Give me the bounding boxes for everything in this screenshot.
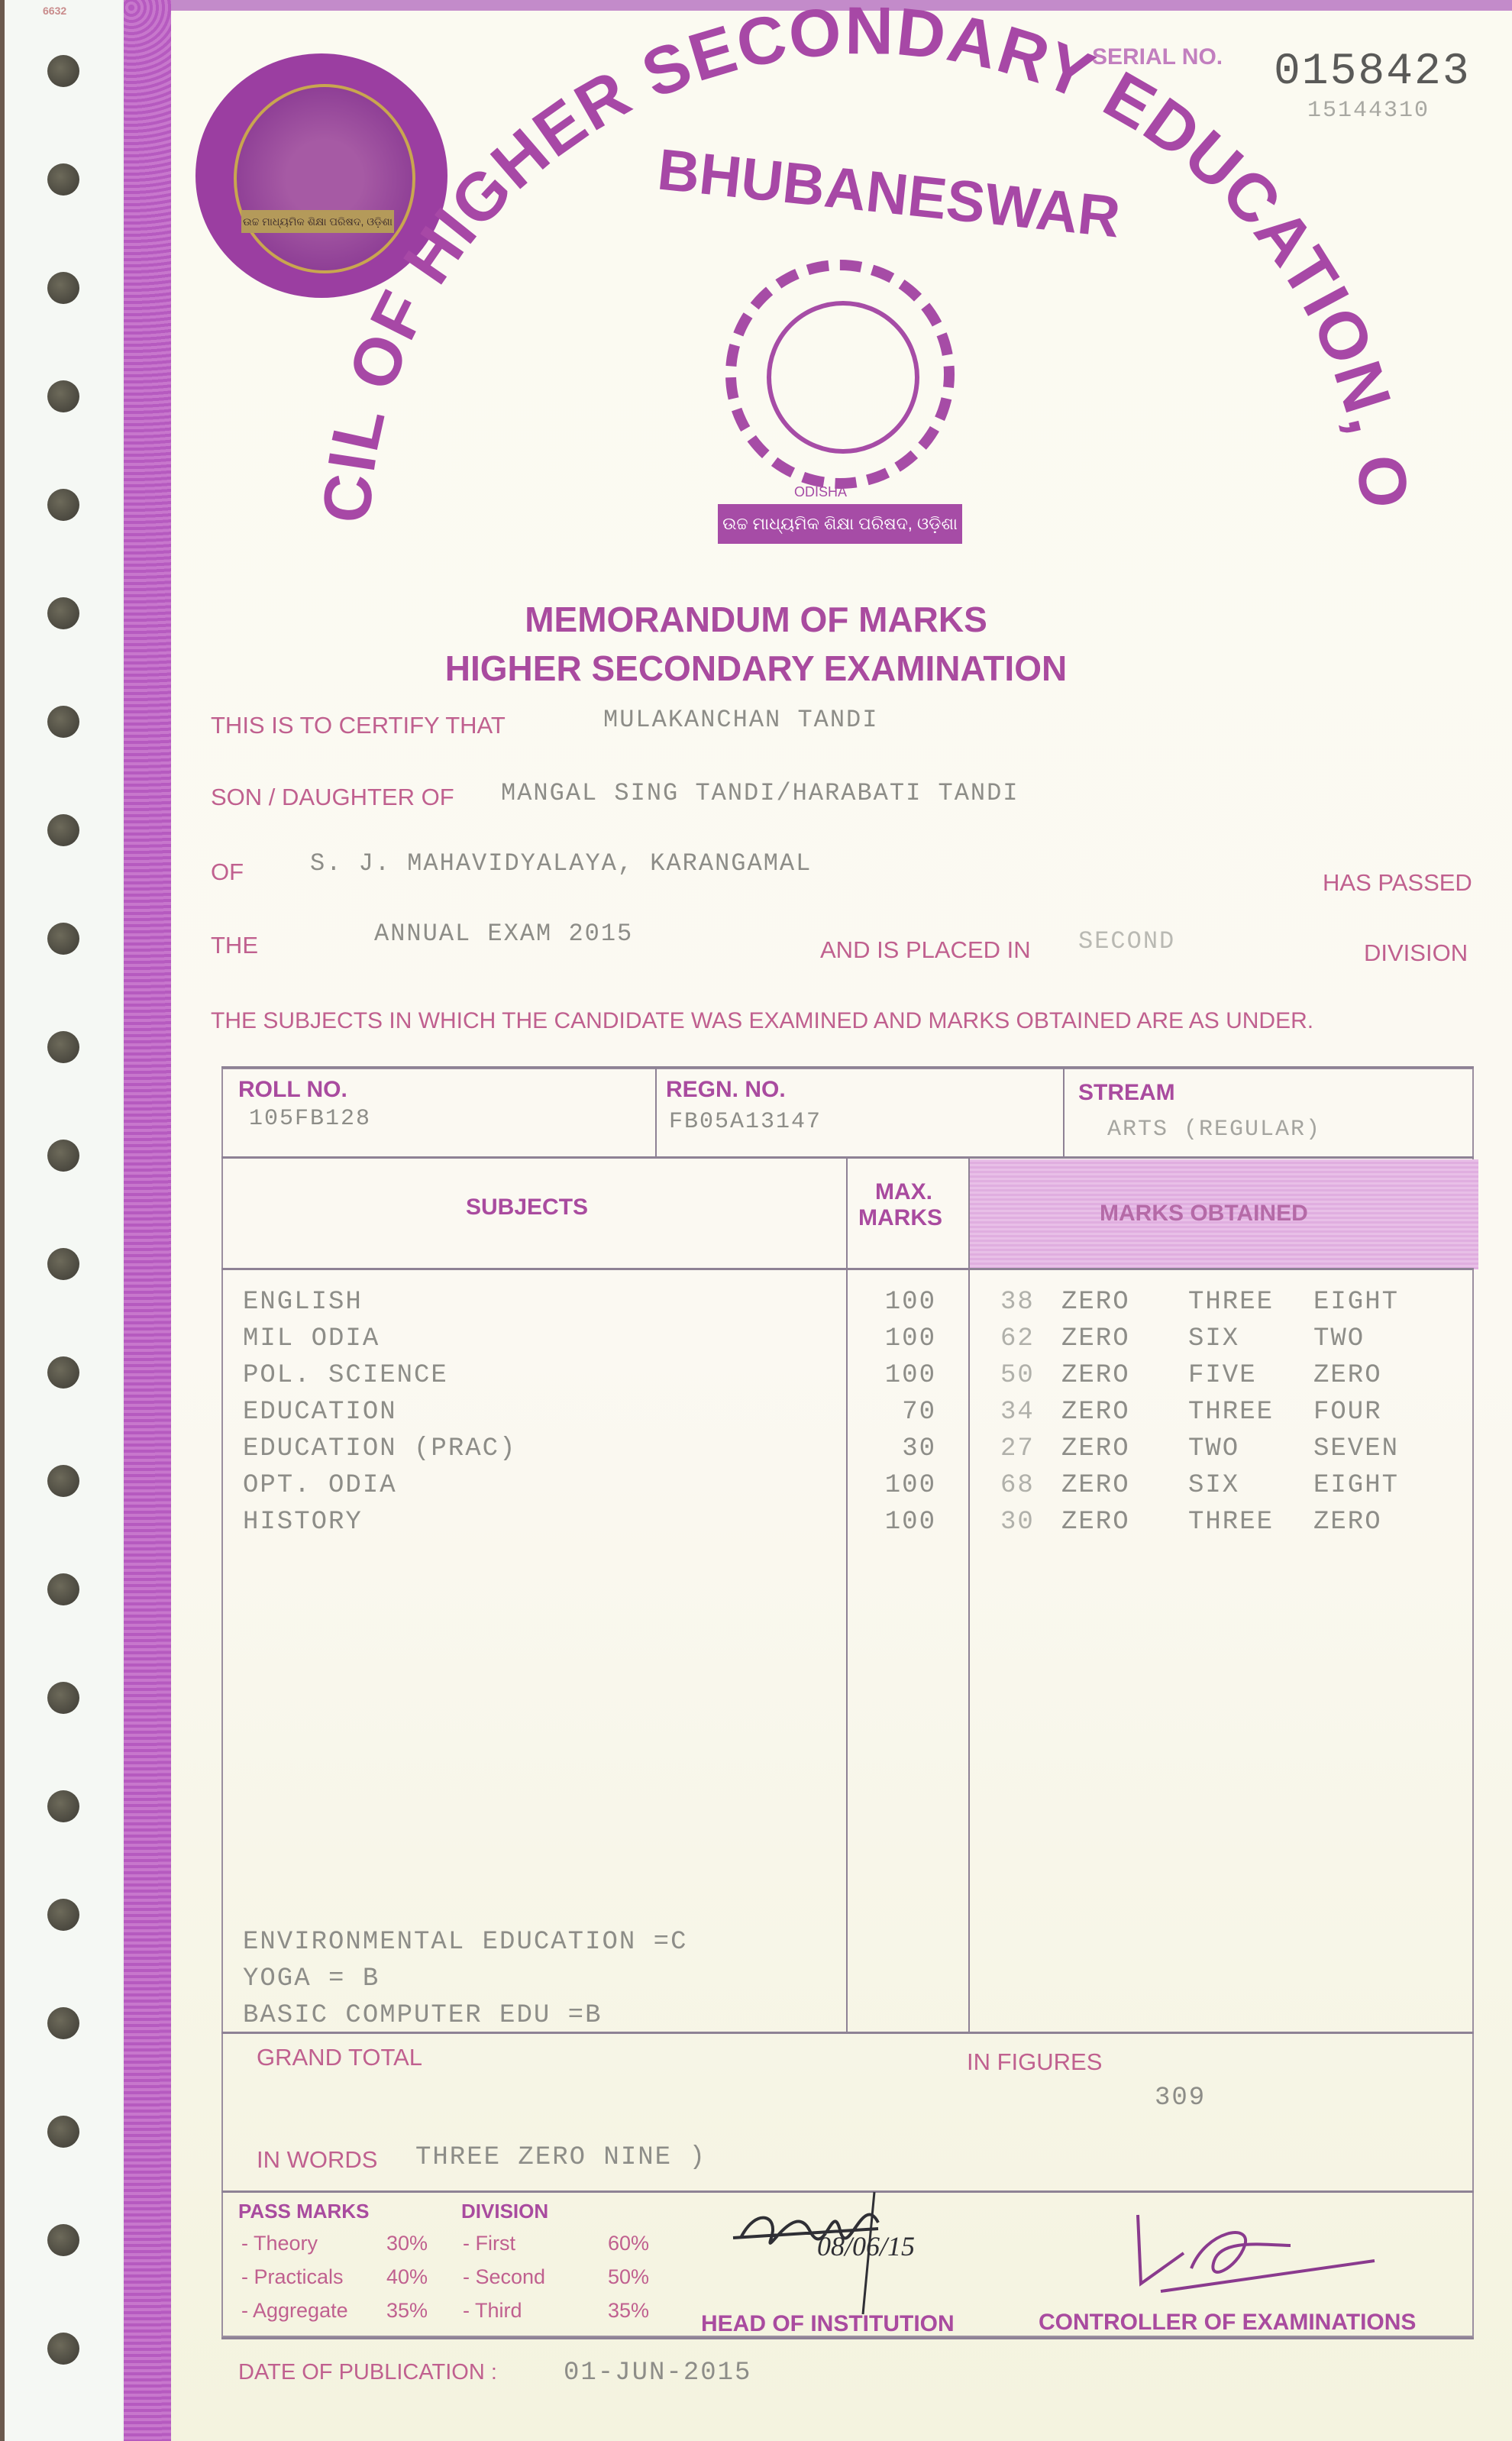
marks-obtained: 38 [1000,1288,1035,1317]
pass-mark-name: - Aggregate [241,2299,348,2323]
subject-name: OPT. ODIA [243,1471,397,1500]
max-marks: 70 [875,1398,936,1427]
division-name: - Second [463,2265,545,2289]
feed-hole [47,55,79,87]
table-rule [221,1268,1474,1270]
division-pct: 50% [608,2265,649,2289]
marks-word-1: ZERO [1061,1288,1130,1317]
marks-word-2: THREE [1188,1288,1274,1317]
table-rule [221,1156,1474,1159]
division-name: - First [463,2232,515,2255]
pass-mark-pct: 35% [386,2299,428,2323]
council-seal-center [725,260,955,489]
feed-hole [47,272,79,304]
max-marks: 100 [875,1324,936,1353]
feed-hole [47,2007,79,2039]
serial-number: 0158423 [1274,47,1471,97]
feed-hole [47,380,79,412]
feed-hole [47,163,79,196]
marks-obtained: 27 [1000,1434,1035,1463]
marks-word-1: ZERO [1061,1471,1130,1500]
pass-mark-pct: 40% [386,2265,428,2289]
subject-name: HISTORY [243,1508,363,1537]
head-of-institution-label: HEAD OF INSTITUTION [701,2311,955,2337]
subject-name: POL. SCIENCE [243,1361,448,1390]
marks-obtained: 68 [1000,1471,1035,1500]
division-value: SECOND [1078,927,1175,955]
max-marks: 100 [875,1508,936,1537]
subjects-intro: THE SUBJECTS IN WHICH THE CANDIDATE WAS … [211,1008,1313,1034]
memo-title: MEMORANDUM OF MARKS [0,599,1512,640]
marks-word-2: FIVE [1188,1361,1257,1390]
marks-obtained: 50 [1000,1361,1035,1390]
feed-hole [47,706,79,738]
feed-hole [47,1031,79,1063]
feed-hole [47,1356,79,1389]
parent-label: SON / DAUGHTER OF [211,784,454,811]
certify-label: THIS IS TO CERTIFY THAT [211,712,506,739]
grade-row: BASIC COMPUTER EDU =B [243,2001,602,2030]
marks-word-2: TWO [1188,1434,1239,1463]
pass-mark-name: - Theory [241,2232,318,2255]
parent-names: MANGAL SING TANDI/HARABATI TANDI [501,779,1019,807]
subjects-header: SUBJECTS [466,1195,588,1220]
marks-word-1: ZERO [1061,1434,1130,1463]
marks-word-2: THREE [1188,1508,1274,1537]
stream-value: ARTS (REGULAR) [1107,1117,1321,1143]
the-label: THE [211,932,258,959]
marks-obtained: 34 [1000,1398,1035,1427]
subject-name: EDUCATION (PRAC) [243,1434,516,1463]
feed-hole [47,1465,79,1497]
marks-word-2: SIX [1188,1324,1239,1353]
feed-hole [47,2224,79,2256]
table-rule [221,1066,1474,1069]
of-label: OF [211,858,244,886]
feed-hole [47,1140,79,1172]
table-rule [655,1068,657,1158]
max-marks: 100 [875,1471,936,1500]
marks-word-1: ZERO [1061,1361,1130,1390]
division-pct: 60% [608,2232,649,2255]
roll-label: ROLL NO. [238,1077,347,1103]
institution-name: S. J. MAHAVIDYALAYA, KARANGAMAL [310,849,812,878]
subject-name: EDUCATION [243,1398,397,1427]
division-rules-label: DIVISION [461,2200,548,2223]
marks-word-3: FOUR [1313,1398,1382,1427]
subject-name: MIL ODIA [243,1324,380,1353]
marks-word-1: ZERO [1061,1324,1130,1353]
seal-center-odisha: ODISHA [794,484,847,500]
strip-edge [0,0,5,2441]
max-marks-header-1: MAX. [875,1179,932,1205]
regn-number: FB05A13147 [669,1109,822,1135]
marks-word-3: TWO [1313,1324,1365,1353]
has-passed-label: HAS PASSED [1323,869,1472,897]
pass-marks-label: PASS MARKS [238,2200,369,2223]
regn-label: REGN. NO. [666,1077,786,1103]
marks-obtained: 30 [1000,1508,1035,1537]
in-figures-value: 309 [1155,2084,1206,2113]
marks-word-3: ZERO [1313,1361,1382,1390]
subject-name: ENGLISH [243,1288,363,1317]
marks-word-3: EIGHT [1313,1471,1399,1500]
feed-hole [47,923,79,955]
max-marks: 100 [875,1288,936,1317]
exam-title: HIGHER SECONDARY EXAMINATION [0,648,1512,689]
marks-word-3: SEVEN [1313,1434,1399,1463]
seal-emblem-icon [767,301,919,454]
table-rule [221,2337,1474,2339]
seal-center-label: ଉଚ୍ଚ ମାଧ୍ୟମିକ ଶିକ୍ଷା ପରିଷଦ, ଓଡ଼ିଶା [718,504,962,544]
grade-row: ENVIRONMENTAL EDUCATION =C [243,1928,688,1957]
date-of-publication-label: DATE OF PUBLICATION : [238,2360,497,2385]
table-rule [968,1158,970,2033]
feed-hole [47,489,79,521]
division-label: DIVISION [1364,939,1468,967]
marks-obtained: 62 [1000,1324,1035,1353]
marks-word-3: ZERO [1313,1508,1382,1537]
max-marks: 100 [875,1361,936,1390]
feed-hole [47,2333,79,2365]
feed-hole [47,1682,79,1714]
feed-hole [47,1573,79,1605]
in-words-value: THREE ZERO NINE ) [415,2143,706,2172]
sub-serial-number: 15144310 [1307,98,1430,124]
in-figures-label: IN FIGURES [967,2048,1102,2076]
tractor-feed-strip [0,0,122,2441]
feed-hole [47,814,79,846]
max-marks-header-2: MARKS [858,1205,942,1231]
pass-mark-pct: 30% [386,2232,428,2255]
table-rule [221,2032,1474,2034]
division-name: - Third [463,2299,522,2323]
table-rule [846,1158,848,2033]
grade-row: YOGA = B [243,1964,380,1993]
marks-word-1: ZERO [1061,1508,1130,1537]
max-marks: 30 [875,1434,936,1463]
table-rule [1063,1068,1065,1158]
marks-obtained-header: MARKS OBTAINED [1100,1201,1308,1227]
roll-number: 105FB128 [249,1106,371,1132]
placed-label: AND IS PLACED IN [820,936,1031,964]
in-words-label: IN WORDS [257,2146,377,2174]
marks-word-2: SIX [1188,1471,1239,1500]
marks-word-2: THREE [1188,1398,1274,1427]
exam-name: ANNUAL EXAM 2015 [374,920,633,948]
serial-label: SERIAL NO. [1092,44,1223,70]
pass-mark-name: - Practicals [241,2265,344,2289]
candidate-name: MULAKANCHAN TANDI [603,706,878,734]
feed-hole [47,1899,79,1931]
head-signature-date: 08/06/15 [817,2230,915,2262]
controller-label: CONTROLLER OF EXAMINATIONS [1039,2310,1416,2336]
feed-hole [47,1790,79,1822]
marks-word-1: ZERO [1061,1398,1130,1427]
feed-hole [47,2116,79,2148]
date-of-publication-value: 01-JUN-2015 [564,2359,751,2388]
stream-label: STREAM [1078,1080,1175,1106]
feed-hole [47,1248,79,1280]
division-pct: 35% [608,2299,649,2323]
sheet-number: 6632 [43,5,66,17]
marks-word-3: EIGHT [1313,1288,1399,1317]
grand-total-label: GRAND TOTAL [257,2044,422,2071]
controller-signature-icon [1115,2200,1390,2307]
decorative-border [124,0,171,2441]
